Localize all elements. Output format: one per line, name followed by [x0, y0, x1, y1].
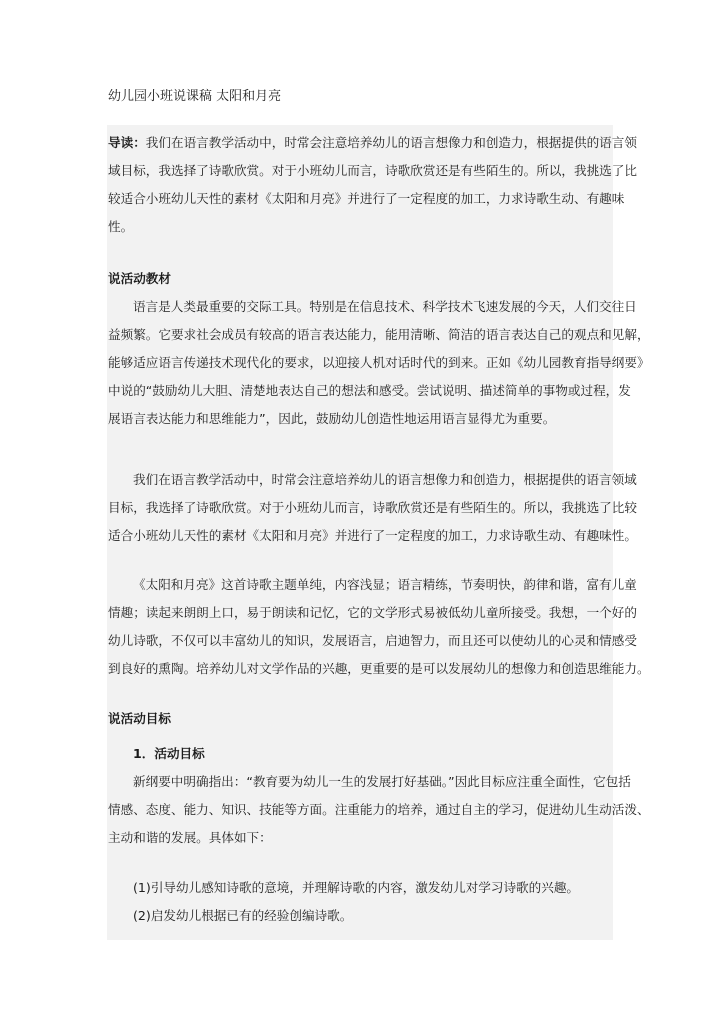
- intro-paragraph: 导读：我们在语言教学活动中，时常会注意培养幼儿的语言想像力和创造力，根据提供的语…: [108, 129, 612, 241]
- paragraph-line: 语言是人类最重要的交际工具。特别是在信息技术、科学技术飞速发展的今天，人们交往日: [108, 293, 612, 321]
- paragraph-line: 适合小班幼儿天性的素材《太阳和月亮》并进行了一定程度的加工，力求诗歌生动、有趣味…: [108, 522, 612, 550]
- section-heading-goals: 说活动目标: [108, 709, 171, 729]
- materials-paragraph-2: 我们在语言教学活动中，时常会注意培养幼儿的语言想像力和创造力，根据提供的语言领域…: [108, 466, 612, 550]
- paragraph-line: 幼儿诗歌，不仅可以丰富幼儿的知识，发展语言，启迪智力，而且还可以使幼儿的心灵和情…: [108, 627, 612, 655]
- document-title: 幼儿园小班说课稿 太阳和月亮: [108, 87, 281, 107]
- materials-paragraph-1: 语言是人类最重要的交际工具。特别是在信息技术、科学技术飞速发展的今天，人们交往日…: [108, 293, 612, 433]
- goal-item-1: (1)引导幼儿感知诗歌的意境，并理解诗歌的内容，激发幼儿对学习诗歌的兴趣。: [108, 874, 612, 902]
- paragraph-line: 中说的“鼓励幼儿大胆、清楚地表达自己的想法和感受。尝试说明、描述简单的事物或过程…: [108, 377, 612, 405]
- paragraph-line: 展语言表达能力和思维能力”，因此，鼓励幼儿创造性地运用语言显得尤为重要。: [108, 405, 612, 433]
- paragraph-line: 新纲要中明确指出：“教育要为幼儿一生的发展打好基础。”因此目标应注重全面性，它包…: [108, 768, 612, 796]
- paragraph-line: 目标，我选择了诗歌欣赏。对于小班幼儿而言，诗歌欣赏还是有些陌生的。所以，我挑选了…: [108, 494, 612, 522]
- section-heading-materials: 说活动教材: [108, 269, 171, 289]
- goals-list: (1)引导幼儿感知诗歌的意境，并理解诗歌的内容，激发幼儿对学习诗歌的兴趣。 (2…: [108, 874, 612, 930]
- subheading-activity-goals: 1．活动目标: [133, 744, 205, 764]
- paragraph-line: 能够适应语言传递技术现代化的要求，以迎接人机对话时代的到来。正如《幼儿园教育指导…: [108, 349, 612, 377]
- intro-line-2: 域目标，我选择了诗歌欣赏。对于小班幼儿而言，诗歌欣赏还是有些陌生的。所以，我挑选…: [108, 157, 612, 185]
- goal-item-2: (2)启发幼儿根据已有的经验创编诗歌。: [108, 902, 612, 930]
- goals-paragraph: 新纲要中明确指出：“教育要为幼儿一生的发展打好基础。”因此目标应注重全面性，它包…: [108, 768, 612, 852]
- paragraph-line: 到良好的熏陶。培养幼儿对文学作品的兴趣，更重要的是可以发展幼儿的想像力和创造思维…: [108, 655, 612, 683]
- paragraph-line: 益频繁。它要求社会成员有较高的语言表达能力，能用清晰、简洁的语言表达自己的观点和…: [108, 321, 612, 349]
- paragraph-line: 我们在语言教学活动中，时常会注意培养幼儿的语言想像力和创造力，根据提供的语言领域: [108, 466, 612, 494]
- intro-line-4: 性。: [108, 213, 612, 241]
- intro-line-3: 较适合小班幼儿天性的素材《太阳和月亮》并进行了一定程度的加工，力求诗歌生动、有趣…: [108, 185, 612, 213]
- paragraph-line: 情感、态度、能力、知识、技能等方面。注重能力的培养，通过自主的学习，促进幼儿生动…: [108, 796, 612, 824]
- paragraph-line: 情趣；读起来朗朗上口，易于朗读和记忆，它的文学形式易被低幼儿童所接受。我想，一个…: [108, 599, 612, 627]
- intro-label: 导读：: [108, 135, 146, 150]
- materials-paragraph-3: 《太阳和月亮》这首诗歌主题单纯，内容浅显；语言精练，节奏明快，韵律和谐，富有儿童…: [108, 571, 612, 683]
- paragraph-line: 《太阳和月亮》这首诗歌主题单纯，内容浅显；语言精练，节奏明快，韵律和谐，富有儿童: [108, 571, 612, 599]
- paragraph-line: 主动和谐的发展。具体如下：: [108, 824, 612, 852]
- intro-line-1: 导读：我们在语言教学活动中，时常会注意培养幼儿的语言想像力和创造力，根据提供的语…: [108, 129, 612, 157]
